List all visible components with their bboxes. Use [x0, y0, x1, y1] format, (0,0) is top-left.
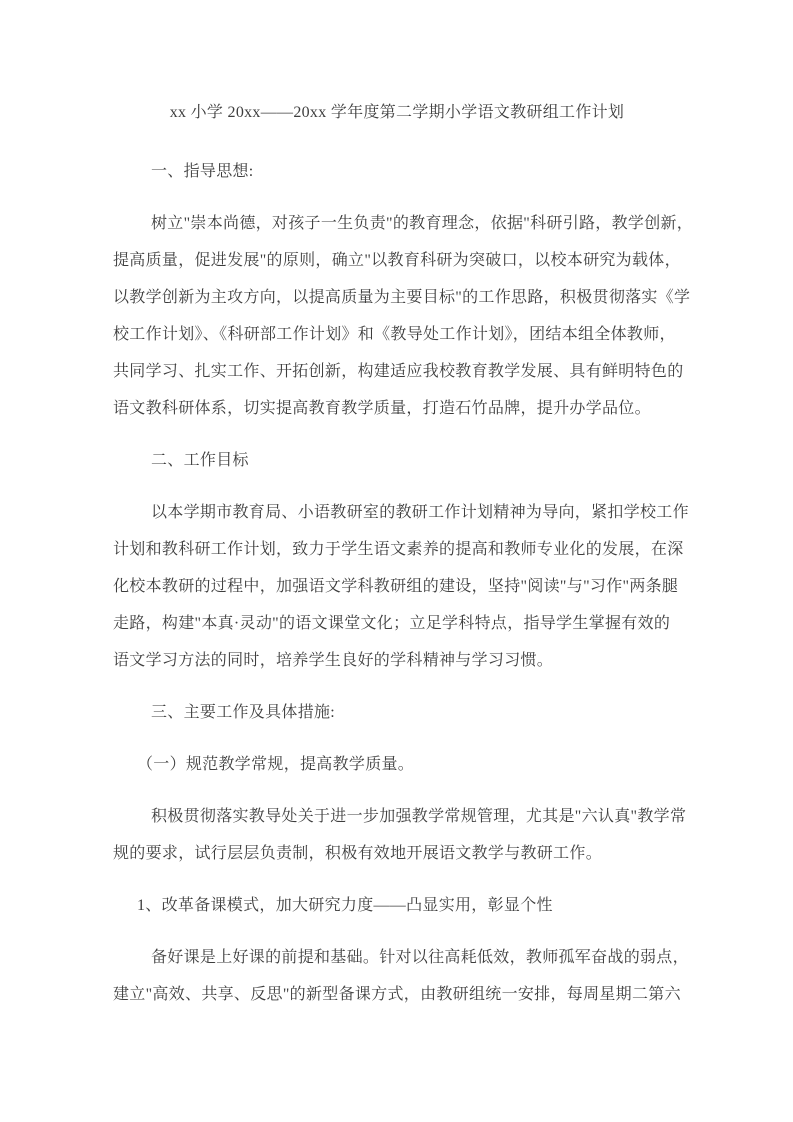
- section-heading-work-goals: 二、工作目标: [113, 442, 681, 479]
- heading-line: 三、主要工作及具体措施:: [113, 694, 681, 731]
- text-line: 建立"高效、共享、反思"的新型备课方式，由教研组统一安排，每周星期二第六: [113, 976, 681, 1013]
- subheading-standardize-teaching: （一）规范教学常规，提高教学质量。: [113, 746, 681, 783]
- text-line: 走路，构建"本真·灵动"的语文课堂文化；立足学科特点，指导学生掌握有效的: [113, 605, 681, 642]
- document-page: xx 小学 20xx——20xx 学年度第二学期小学语文教研组工作计划 一、指导…: [0, 0, 793, 1122]
- paragraph-lesson-prep: 备好课是上好课的前提和基础。针对以往高耗低效，教师孤军奋战的弱点， 建立"高效、…: [113, 939, 681, 1013]
- text-line: 语文教科研体系，切实提高教育教学质量，打造石竹品牌，提升办学品位。: [113, 390, 681, 427]
- section-heading-guiding-ideology: 一、指导思想:: [113, 153, 681, 190]
- subheading-lesson-prep-reform: 1、改革备课模式，加大研究力度——凸显实用，彰显个性: [113, 887, 681, 924]
- text-line: 校工作计划》、《科研部工作计划》和《教导处工作计划》，团结本组全体教师，: [113, 316, 681, 353]
- section-heading-main-work: 三、主要工作及具体措施:: [113, 694, 681, 731]
- document-title: xx 小学 20xx——20xx 学年度第二学期小学语文教研组工作计划: [113, 94, 681, 131]
- text-line: 计划和教科研工作计划，致力于学生语文素养的提高和教师专业化的发展，在深: [113, 531, 681, 568]
- text-line: 规的要求，试行层层负责制，积极有效地开展语文教学与教研工作。: [113, 835, 681, 872]
- text-line: 共同学习、扎实工作、开拓创新，构建适应我校教育教学发展、具有鲜明特色的: [113, 353, 681, 390]
- paragraph-standardize-teaching: 积极贯彻落实教导处关于进一步加强教学常规管理，尤其是"六认真"教学常 规的要求，…: [113, 798, 681, 872]
- heading-line: 一、指导思想:: [113, 153, 681, 190]
- paragraph-guiding-ideology: 树立"崇本尚德，对孩子一生负责"的教育理念，依据"科研引路，教学创新， 提高质量…: [113, 205, 681, 427]
- subheading-line: 1、改革备课模式，加大研究力度——凸显实用，彰显个性: [113, 887, 681, 924]
- text-line: 化校本教研的过程中，加强语文学科教研组的建设，坚持"阅读"与"习作"两条腿: [113, 568, 681, 605]
- text-line: 提高质量，促进发展"的原则，确立"以教育科研为突破口，以校本研究为载体，: [113, 242, 681, 279]
- text-line: 备好课是上好课的前提和基础。针对以往高耗低效，教师孤军奋战的弱点，: [113, 939, 681, 976]
- text-line: 以本学期市教育局、小语教研室的教研工作计划精神为导向，紧扣学校工作: [113, 494, 681, 531]
- heading-line: 二、工作目标: [113, 442, 681, 479]
- text-line: 积极贯彻落实教导处关于进一步加强教学常规管理，尤其是"六认真"教学常: [113, 798, 681, 835]
- subheading-line: （一）规范教学常规，提高教学质量。: [113, 746, 681, 783]
- title-line: xx 小学 20xx——20xx 学年度第二学期小学语文教研组工作计划: [113, 94, 681, 131]
- text-line: 以教学创新为主攻方向，以提高质量为主要目标"的工作思路，积极贯彻落实《学: [113, 279, 681, 316]
- text-line: 语文学习方法的同时，培养学生良好的学科精神与学习习惯。: [113, 642, 681, 679]
- text-line: 树立"崇本尚德，对孩子一生负责"的教育理念，依据"科研引路，教学创新，: [113, 205, 681, 242]
- paragraph-work-goals: 以本学期市教育局、小语教研室的教研工作计划精神为导向，紧扣学校工作 计划和教科研…: [113, 494, 681, 679]
